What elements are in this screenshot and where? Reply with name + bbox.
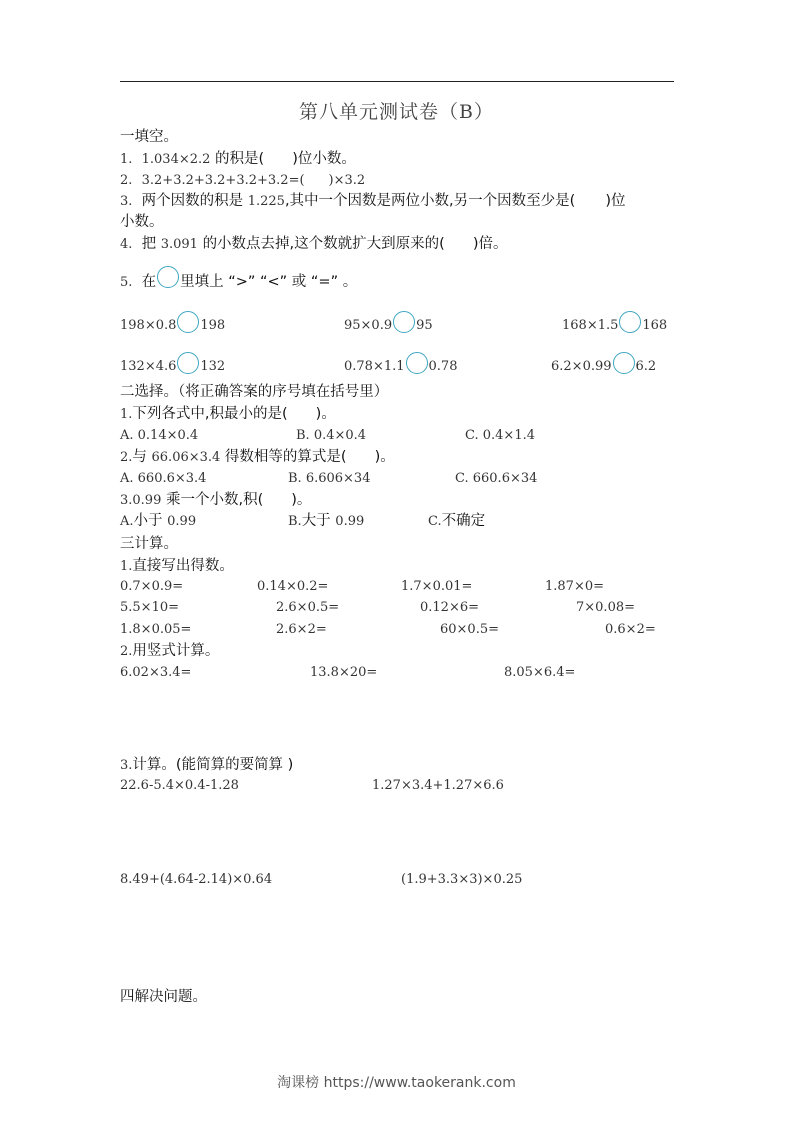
s1-question-3: 3. 两个因数的积是 1.225,其中一个因数是两位小数,另一个因数至少是()位 — [120, 192, 626, 211]
question-text: ,其中一个因数是两位小数,另一个因数至少是( — [285, 193, 575, 209]
compare-right: 6.2 — [636, 359, 657, 374]
compare-item: 198×0.8198 — [120, 311, 225, 335]
question-text-end: )位小数。 — [292, 151, 356, 167]
answer-circle[interactable] — [177, 352, 199, 374]
question-text: 的积是( — [215, 151, 264, 167]
mental-calc-item: 0.7×0.9= — [120, 578, 183, 596]
section4-heading: 四解决问题。 — [120, 988, 207, 1006]
mental-calc-item: 1.7×0.01= — [401, 578, 472, 596]
question-text: 里填上 “>” “<” 或 “=” 。 — [180, 274, 357, 290]
q-number: 3. — [120, 194, 132, 209]
calc-item: 22.6-5.4×0.4-1.28 — [120, 777, 239, 795]
mental-calc-item: 7×0.08= — [576, 599, 635, 617]
compare-left: 95×0.9 — [344, 318, 392, 333]
q-number: 2. — [120, 173, 132, 188]
mental-calc-item: 2.6×0.5= — [276, 599, 339, 617]
compare-right: 0.78 — [429, 359, 458, 374]
option-b[interactable]: B. 6.606×34 — [288, 470, 370, 488]
option-c[interactable]: C.不确定 — [428, 512, 485, 531]
part-number: 2. — [120, 644, 132, 659]
question-text: 两个因数的积是 — [142, 193, 244, 209]
calc-item: 8.49+(4.64-2.14)×0.64 — [120, 871, 272, 889]
answer-circle[interactable] — [393, 311, 415, 333]
option-a[interactable]: A. 660.6×3.4 — [120, 470, 206, 488]
compare-item: 168×1.5168 — [562, 311, 667, 335]
option-letter: A. — [120, 514, 134, 529]
page-title: 第八单元测试卷（B） — [0, 97, 793, 124]
compare-right: 168 — [642, 318, 667, 333]
s2-question-3: 3.0.99 乘一个小数,积()。 — [120, 491, 311, 510]
mental-calc-item: 1.87×0= — [545, 578, 604, 596]
q-number: 1. — [120, 407, 132, 422]
compare-left: 6.2×0.99 — [551, 359, 612, 374]
q-number: 5. — [120, 275, 132, 290]
question-text: 下列各式中,积最小的是( — [132, 406, 287, 422]
compare-left: 168×1.5 — [562, 318, 618, 333]
s1-question-2: 2. 3.2+3.2+3.2+3.2+3.2=()×3.2 — [120, 171, 365, 190]
question-text-end: )。 — [316, 406, 336, 422]
compare-item: 95×0.995 — [344, 311, 433, 335]
mental-calc-item: 1.8×0.05= — [120, 621, 191, 639]
compare-item: 132×4.6132 — [120, 352, 225, 376]
expression-end: )×3.2 — [329, 173, 366, 188]
answer-circle[interactable] — [619, 311, 641, 333]
part-label: 用竖式计算。 — [132, 643, 219, 659]
vertical-calc-item: 8.05×6.4= — [504, 664, 575, 682]
s1-question-3-cont: 小数。 — [120, 213, 164, 231]
value: 3.091 — [161, 237, 198, 252]
question-text: 把 — [142, 236, 157, 252]
circle-icon — [157, 266, 179, 288]
question-text-end: )。 — [375, 449, 395, 465]
option-value: 0.99 — [335, 514, 364, 529]
compare-item: 6.2×0.996.2 — [551, 352, 656, 376]
section2-heading: 二选择。（将正确答案的序号填在括号里） — [120, 383, 388, 401]
s1-question-5: 5. 在里填上 “>” “<” 或 “=” 。 — [120, 266, 357, 292]
section3-heading: 三计算。 — [120, 535, 178, 553]
expression: 1.034×2.2 — [142, 152, 211, 167]
compare-right: 198 — [200, 318, 225, 333]
option-b[interactable]: B.大于 0.99 — [288, 512, 364, 531]
mental-calc-item: 0.6×2= — [605, 621, 656, 639]
expression: 66.06×3.4 — [152, 450, 221, 465]
mental-calc-item: 0.14×0.2= — [257, 578, 328, 596]
part-label: 直接写出得数。 — [132, 558, 234, 574]
header-rule — [120, 81, 674, 82]
q-number: 1. — [120, 152, 132, 167]
s1-question-1: 1. 1.034×2.2 的积是()位小数。 — [120, 150, 356, 169]
option-c[interactable]: C. 0.4×1.4 — [465, 427, 535, 445]
option-c[interactable]: C. 660.6×34 — [455, 470, 537, 488]
s3-part-1-label: 1.直接写出得数。 — [120, 557, 234, 576]
s3-part-3-label: 3.计算。(能简算的要简算 ) — [120, 756, 293, 775]
option-text: 小于 — [134, 513, 163, 529]
mental-calc-item: 0.12×6= — [420, 599, 479, 617]
s3-part-2-label: 2.用竖式计算。 — [120, 642, 219, 661]
section1-heading: 一填空。 — [120, 128, 178, 146]
compare-item: 0.78×1.10.78 — [344, 352, 457, 376]
question-text: 在 — [142, 274, 157, 290]
option-letter: B. — [288, 514, 302, 529]
compare-left: 132×4.6 — [120, 359, 176, 374]
compare-left: 198×0.8 — [120, 318, 176, 333]
vertical-calc-item: 13.8×20= — [310, 664, 377, 682]
option-b[interactable]: B. 0.4×0.4 — [296, 427, 366, 445]
q-number: 3. — [120, 493, 132, 508]
compare-right: 95 — [416, 318, 433, 333]
value: 0.99 — [132, 493, 161, 508]
calc-item: 1.27×3.4+1.27×6.6 — [372, 777, 504, 795]
question-text: 得数相等的算式是( — [225, 449, 347, 465]
q-number: 2. — [120, 450, 132, 465]
expression: 3.2+3.2+3.2+3.2+3.2=( — [142, 173, 305, 188]
question-text-end: )位 — [605, 193, 625, 209]
mental-calc-item: 2.6×2= — [276, 621, 327, 639]
option-a[interactable]: A.小于 0.99 — [120, 512, 196, 531]
question-text-end: )倍。 — [473, 236, 508, 252]
compare-left: 0.78×1.1 — [344, 359, 405, 374]
question-text: 的小数点去掉,这个数就扩大到原来的( — [203, 236, 445, 252]
option-text: 大于 — [302, 513, 331, 529]
vertical-calc-item: 6.02×3.4= — [120, 664, 191, 682]
option-a[interactable]: A. 0.14×0.4 — [120, 427, 198, 445]
part-number: 1. — [120, 559, 132, 574]
compare-right: 132 — [200, 359, 225, 374]
question-text: 乘一个小数,积( — [166, 492, 263, 508]
part-number: 3. — [120, 758, 132, 773]
answer-circle[interactable] — [406, 352, 428, 374]
s2-question-1: 1.下列各式中,积最小的是()。 — [120, 405, 336, 424]
option-letter: C. — [428, 514, 442, 529]
option-text: 不确定 — [442, 513, 486, 529]
option-value: 0.99 — [167, 514, 196, 529]
q-number: 4. — [120, 237, 132, 252]
answer-circle[interactable] — [177, 311, 199, 333]
answer-circle[interactable] — [613, 352, 635, 374]
question-text-end: )。 — [291, 492, 311, 508]
value: 1.225 — [248, 194, 285, 209]
part-label: 计算。(能简算的要简算 ) — [132, 757, 293, 773]
mental-calc-item: 5.5×10= — [120, 599, 179, 617]
question-text: 与 — [132, 449, 147, 465]
mental-calc-item: 60×0.5= — [440, 621, 499, 639]
calc-item: (1.9+3.3×3)×0.25 — [401, 871, 522, 889]
footer-watermark: 淘课榜 https://www.taokerank.com — [0, 1072, 793, 1092]
s1-question-4: 4. 把 3.091 的小数点去掉,这个数就扩大到原来的()倍。 — [120, 235, 508, 254]
s2-question-2: 2.与 66.06×3.4 得数相等的算式是()。 — [120, 448, 395, 467]
